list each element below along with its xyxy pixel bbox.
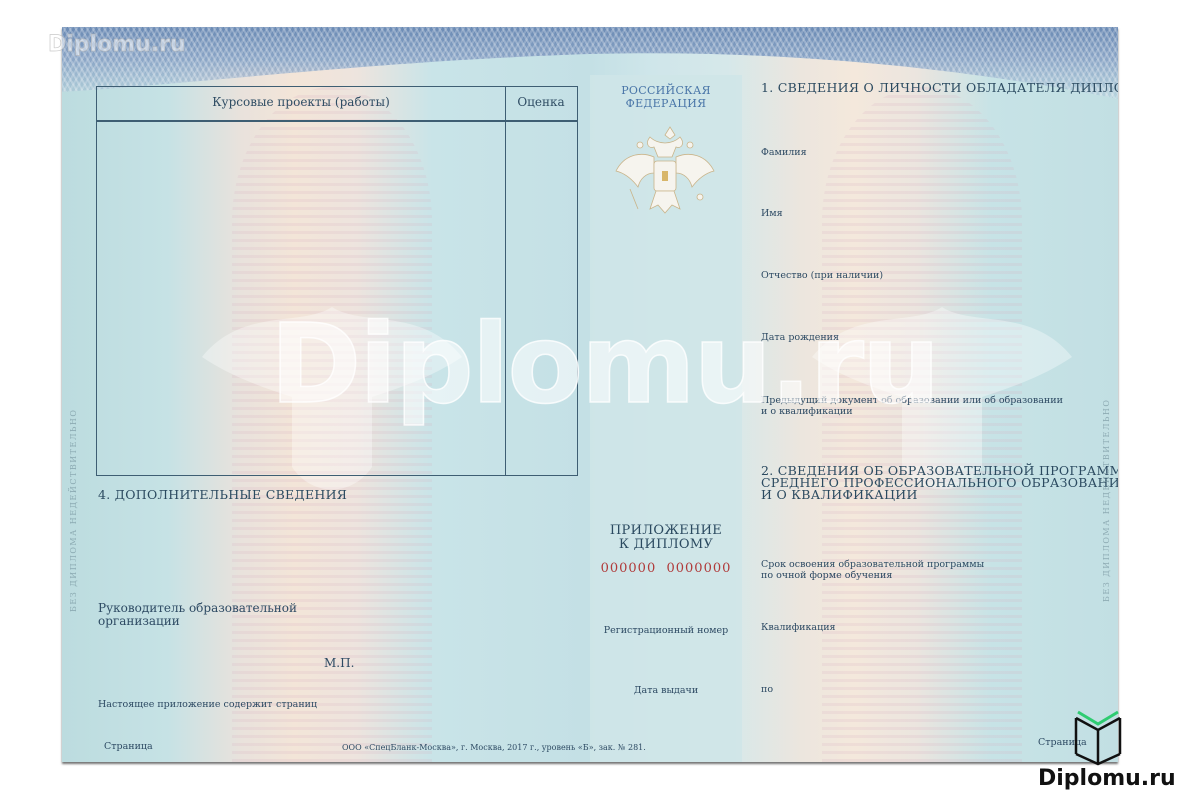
appendix-title-line2: К ДИПЛОМУ xyxy=(593,538,739,551)
field-surname: Фамилия xyxy=(761,146,807,159)
section4-title: 4. ДОПОЛНИТЕЛЬНЫЕ СВЕДЕНИЯ xyxy=(98,488,347,501)
specialty-prefix: по xyxy=(761,683,773,696)
field-name: Имя xyxy=(761,207,783,220)
watermark-corner: Diplomu.ru xyxy=(48,32,186,57)
double-headed-eagle-icon xyxy=(610,117,720,227)
stamp-label: М.П. xyxy=(324,657,354,670)
qualification-label: Квалификация xyxy=(761,621,836,634)
reg-number-label: Регистрационный номер xyxy=(593,624,739,637)
side-text-right: БЕЗ ДИПЛОМА НЕДЕЙСТВИТЕЛЬНО xyxy=(1102,399,1111,602)
printer-imprint: ООО «СпецБланк-Москва», г. Москва, 2017 … xyxy=(342,741,646,754)
table-header-projects: Курсовые проекты (работы) xyxy=(97,95,505,109)
watermark-main: Diplomu.ru xyxy=(270,300,938,428)
pages-count-prefix: Настоящее приложение содержит xyxy=(98,698,272,711)
section2-title-line3: И О КВАЛИФИКАЦИИ xyxy=(761,488,918,501)
pages-count-suffix: страниц xyxy=(276,698,317,711)
field-patronymic: Отчество (при наличии) xyxy=(761,269,883,282)
head-label-line2: организации xyxy=(98,615,180,628)
table-header-divider xyxy=(97,120,577,122)
site-logo-text: Diplomu.ru xyxy=(1038,766,1176,791)
table-header-grade: Оценка xyxy=(505,95,577,109)
open-book-logo-icon xyxy=(1070,704,1140,766)
section1-title: 1. СВЕДЕНИЯ О ЛИЧНОСТИ ОБЛАДАТЕЛЯ ДИПЛОМ… xyxy=(761,81,1118,94)
issue-date-label: Дата выдачи xyxy=(593,684,739,697)
term-line2: по очной форме обучения xyxy=(761,569,892,582)
country-line2: ФЕДЕРАЦИЯ xyxy=(593,97,739,110)
page-label-left: Страница xyxy=(104,740,153,753)
serial-number: 000000 0000000 xyxy=(593,562,739,575)
country-line1: РОССИЙСКАЯ xyxy=(593,84,739,97)
appendix-title-line1: ПРИЛОЖЕНИЕ xyxy=(593,524,739,537)
side-text-left: БЕЗ ДИПЛОМА НЕДЕЙСТВИТЕЛЬНО xyxy=(69,409,78,612)
